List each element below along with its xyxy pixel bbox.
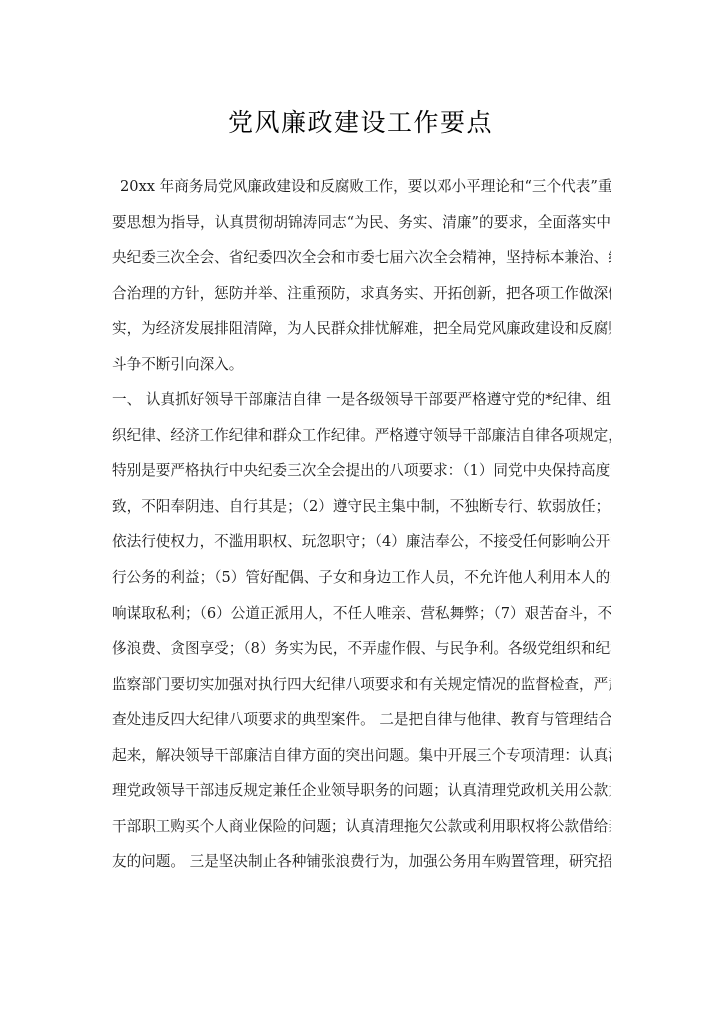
- text-line: 依法行使权力，不滥用职权、玩忽职守；（4）廉洁奉公，不接受任何影响公开执: [112, 529, 611, 565]
- text-line: 斗争不断引向深入。: [112, 352, 611, 388]
- section-heading-line: 一、 认真抓好领导干部廉洁自律 一是各级领导干部要严格遵守党的*纪律、组: [112, 387, 611, 423]
- text-line: 要思想为指导，认真贯彻胡锦涛同志“为民、务实、清廉”的要求，全面落实中: [112, 210, 611, 246]
- text-line: 特别是要严格执行中央纪委三次全会提出的八项要求：（1）同党中央保持高度一: [112, 458, 611, 494]
- text-line: 友的问题。 三是坚决制止各种铺张浪费行为，加强公务用车购置管理，研究招: [112, 849, 611, 885]
- text-line: 响谋取私利；（6）公道正派用人，不任人唯亲、营私舞弊；（7）艰苦奋斗，不奢: [112, 601, 611, 637]
- text-line: 干部职工购买个人商业保险的问题；认真清理拖欠公款或利用职权将公款借给亲: [112, 814, 611, 850]
- text-line: 织纪律、经济工作纪律和群众工作纪律。严格遵守领导干部廉洁自律各项规定，: [112, 423, 611, 459]
- text-line: 实，为经济发展排阻清障，为人民群众排忧解难，把全局党风廉政建设和反腐败: [112, 316, 611, 352]
- text-line: 起来，解决领导干部廉洁自律方面的突出问题。集中开展三个专项清理：认真清: [112, 743, 611, 779]
- document-body: 20xx 年商务局党风廉政建设和反腐败工作，要以邓小平理论和“三个代表”重 要思…: [112, 174, 611, 885]
- text-line: 行公务的利益；（5）管好配偶、子女和身边工作人员，不允许他人利用本人的影: [112, 565, 611, 601]
- text-line: 理党政领导干部违反规定兼任企业领导职务的问题；认真清理党政机关用公款为: [112, 778, 611, 814]
- text-line: 监察部门要切实加强对执行四大纪律八项要求和有关规定情况的监督检查，严肃: [112, 672, 611, 708]
- text-line: 央纪委三次全会、省纪委四次全会和市委七届六次全会精神，坚持标本兼治、综: [112, 245, 611, 281]
- text-line: 侈浪费、贪图享受；（8）务实为民，不弄虚作假、与民争利。各级党组织和纪检: [112, 636, 611, 672]
- text-line: 致，不阳奉阴违、自行其是；（2）遵守民主集中制，不独断专行、软弱放任；（3）: [112, 494, 611, 530]
- document-page: 党风廉政建设工作要点 20xx 年商务局党风廉政建设和反腐败工作，要以邓小平理论…: [0, 0, 721, 1020]
- text-line: 查处违反四大纪律八项要求的典型案件。 二是把自律与他律、教育与管理结合: [112, 707, 611, 743]
- text-line: 20xx 年商务局党风廉政建设和反腐败工作，要以邓小平理论和“三个代表”重: [112, 174, 611, 210]
- text-line: 合治理的方针，惩防并举、注重预防，求真务实、开拓创新，把各项工作做深做: [112, 281, 611, 317]
- page-title: 党风廉政建设工作要点: [0, 105, 721, 141]
